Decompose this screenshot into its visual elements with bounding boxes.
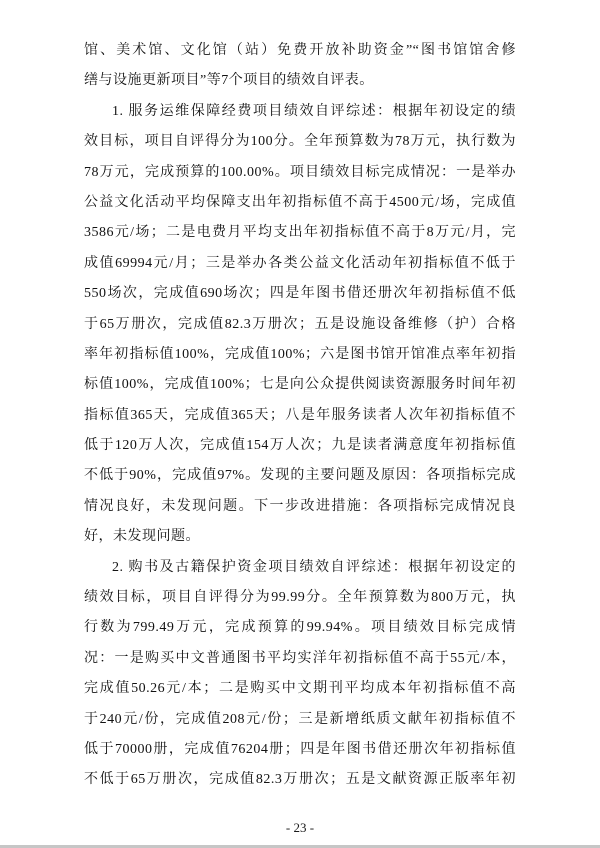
text-line: 不低于65万册次，完成值82.3万册次；五是文献资源正版率年初 [84,765,516,795]
text-line: 完成值50.26元/本；二是购买中文期刊平均成本年初指标值不高 [84,674,516,704]
text-line: 指标值365天，完成值365天；八是年服务读者人次年初指标值不 [84,401,516,431]
text-line: 2. 购书及古籍保护资金项目绩效自评综述：根据年初设定的 [84,553,516,583]
text-line: 率年初指标值100%，完成值100%；六是图书馆开馆准点率年初指 [84,340,516,370]
text-line: 78万元，完成预算的100.00%。项目绩效目标完成情况：一是举办 [84,158,516,188]
text-line: 标值100%，完成值100%；七是向公众提供阅读资源服务时间年初 [84,370,516,400]
text-line: 于240元/份，完成值208元/份；三是新增纸质文献年初指标值不 [84,705,516,735]
text-line: 于65万册次，完成值82.3万册次；五是设施设备维修（护）合格 [84,310,516,340]
text-line: 3586元/场；二是电费月平均支出年初指标值不高于8万元/月，完 [84,218,516,248]
text-line: 效目标，项目自评得分为100分。全年预算数为78万元，执行数为 [84,127,516,157]
text-line: 1. 服务运维保障经费项目绩效自评综述：根据年初设定的绩 [84,97,516,127]
page-footer: - 23 - [0,818,600,838]
document-body: 馆、美术馆、文化馆（站）免费开放补助资金”“图书馆馆舍修缮与设施更新项目”等7个… [84,36,516,796]
document-page: 馆、美术馆、文化馆（站）免费开放补助资金”“图书馆馆舍修缮与设施更新项目”等7个… [0,0,600,848]
text-line: 行数为799.49万元，完成预算的99.94%。项目绩效目标完成情 [84,613,516,643]
text-line: 不低于90%，完成值97%。发现的主要问题及原因：各项指标完成 [84,461,516,491]
text-line: 成值69994元/月；三是举办各类公益文化活动年初指标值不低于 [84,249,516,279]
page-number: - 23 - [286,820,314,835]
text-line: 公益文化活动平均保障支出年初指标值不高于4500元/场，完成值 [84,188,516,218]
text-line: 低于120万人次，完成值154万人次；九是读者满意度年初指标值 [84,431,516,461]
text-line: 情况良好，未发现问题。下一步改进措施：各项指标完成情况良 [84,492,516,522]
text-line: 缮与设施更新项目”等7个项目的绩效自评表。 [84,66,516,96]
text-line: 绩效目标，项目自评得分为99.99分。全年预算数为800万元，执 [84,583,516,613]
text-line: 况：一是购买中文普通图书平均实洋年初指标值不高于55元/本， [84,644,516,674]
text-line: 馆、美术馆、文化馆（站）免费开放补助资金”“图书馆馆舍修 [84,36,516,66]
text-line: 低于70000册，完成值76204册；四是年图书借还册次年初指标值 [84,735,516,765]
text-line: 好，未发现问题。 [84,522,516,552]
text-line: 550场次，完成值690场次；四是年图书借还册次年初指标值不低 [84,279,516,309]
